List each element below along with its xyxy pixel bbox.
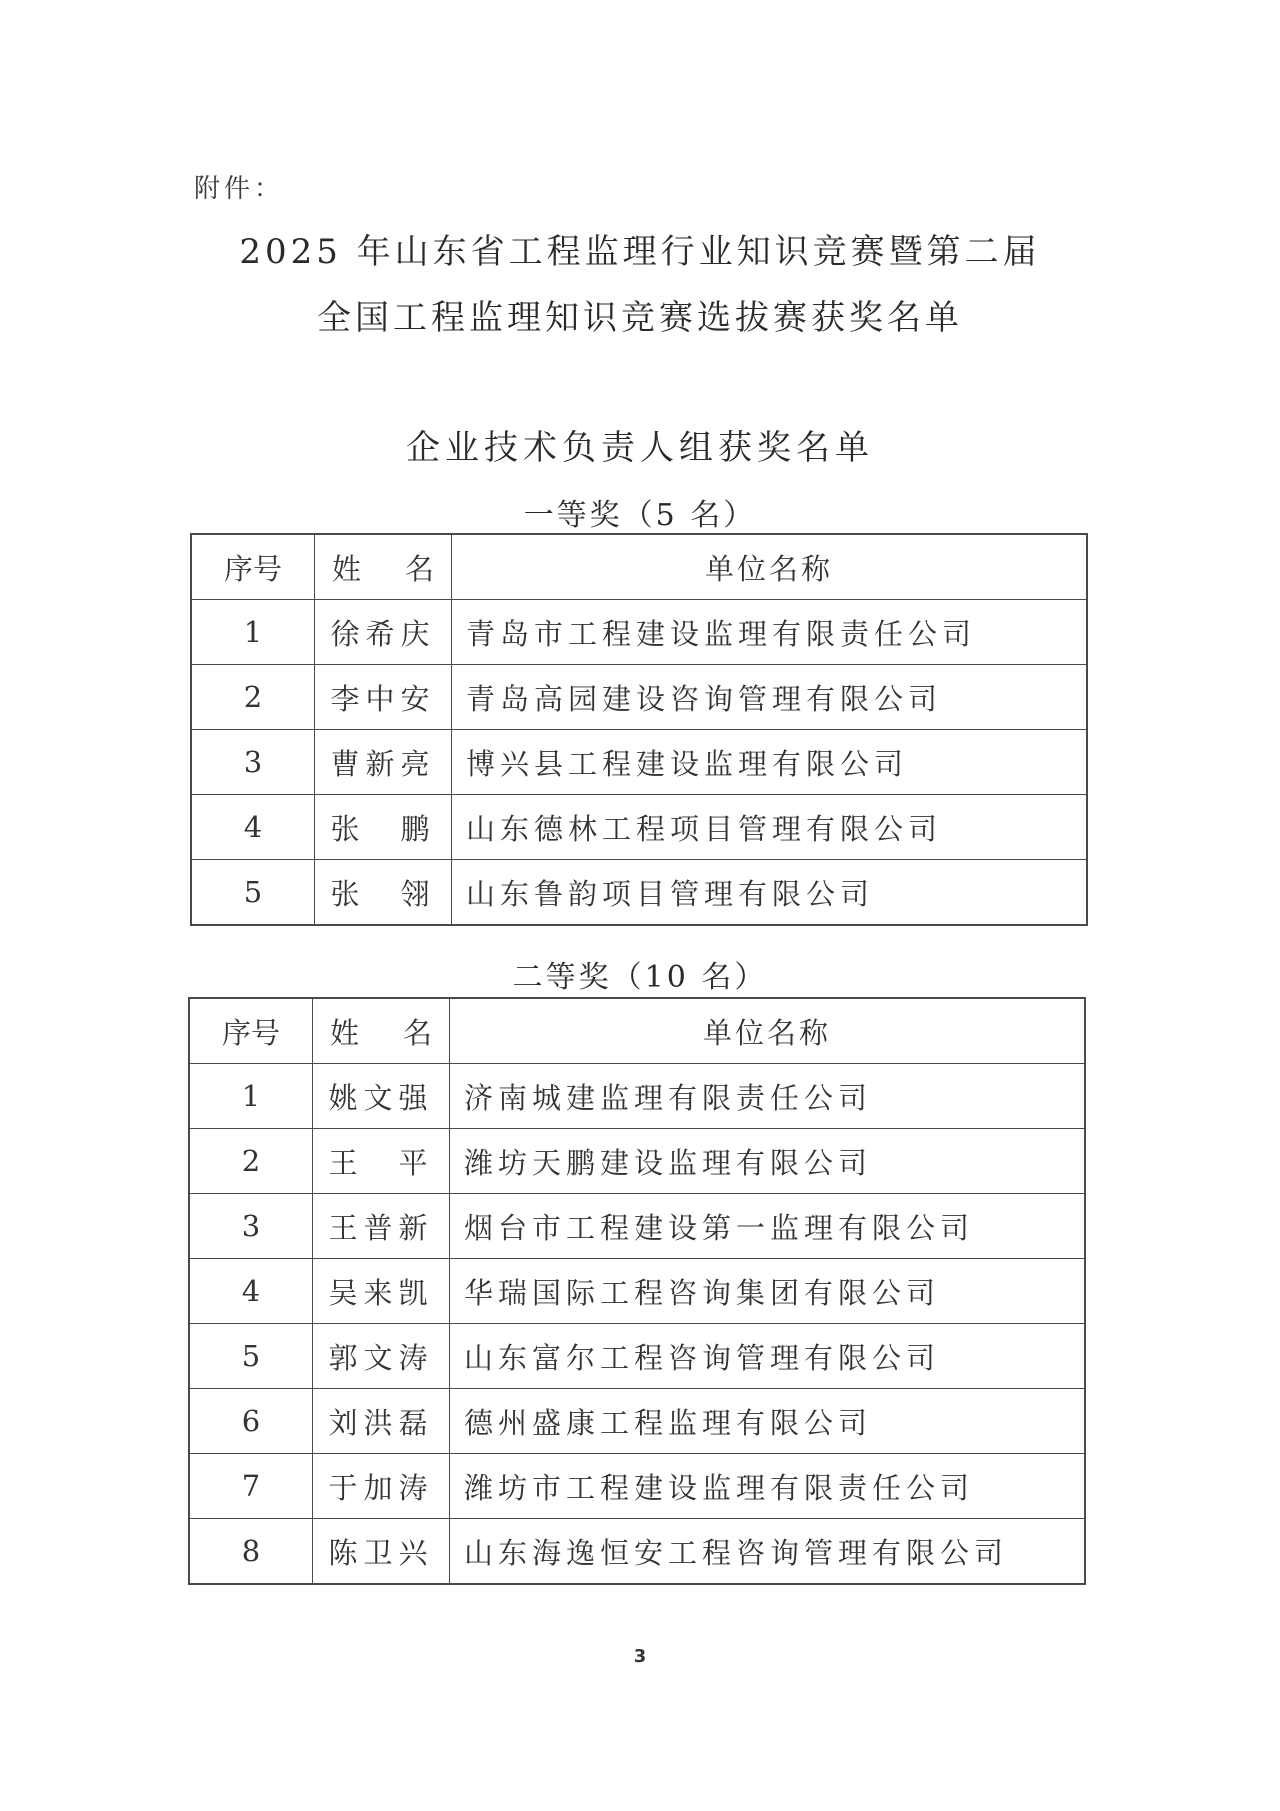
first-prize-table: 序号 姓名 单位名称 1 徐希庆 青岛市工程建设监理有限责任公司 2 李中安 青… — [190, 533, 1088, 926]
table-row: 5 张 翎 山东鲁韵项目管理有限公司 — [191, 860, 1087, 926]
column-header-unit: 单位名称 — [450, 998, 1086, 1064]
table-header-row: 序号 姓名 单位名称 — [189, 998, 1085, 1064]
row-unit: 山东鲁韵项目管理有限公司 — [452, 860, 1088, 926]
first-prize-heading: 一等奖（5 名） — [0, 490, 1280, 534]
row-no: 5 — [189, 1324, 313, 1389]
row-no: 2 — [191, 665, 315, 730]
column-header-no: 序号 — [189, 998, 313, 1064]
row-no: 1 — [189, 1064, 313, 1129]
column-header-no: 序号 — [191, 534, 315, 600]
row-unit: 山东海逸恒安工程咨询管理有限公司 — [450, 1519, 1086, 1585]
row-name: 张 鹏 — [315, 795, 452, 860]
table-row: 8 陈卫兴 山东海逸恒安工程咨询管理有限公司 — [189, 1519, 1085, 1585]
column-header-name-first: 姓 — [330, 1016, 359, 1050]
table-row: 2 李中安 青岛高园建设咨询管理有限公司 — [191, 665, 1087, 730]
row-name: 李中安 — [315, 665, 452, 730]
table-row: 2 王 平 潍坊天鹏建设监理有限公司 — [189, 1129, 1085, 1194]
column-header-name: 姓名 — [313, 998, 450, 1064]
row-name: 陈卫兴 — [313, 1519, 450, 1585]
column-header-name-first: 姓 — [332, 552, 361, 586]
row-no: 5 — [191, 860, 315, 926]
row-name: 徐希庆 — [315, 600, 452, 665]
table-row: 3 曹新亮 博兴县工程建设监理有限公司 — [191, 730, 1087, 795]
row-unit: 德州盛康工程监理有限公司 — [450, 1389, 1086, 1454]
row-no: 7 — [189, 1454, 313, 1519]
row-name: 曹新亮 — [315, 730, 452, 795]
table-row: 4 张 鹏 山东德林工程项目管理有限公司 — [191, 795, 1087, 860]
column-header-name-second: 名 — [403, 1016, 432, 1050]
column-header-name: 姓名 — [315, 534, 452, 600]
document-title-line-1: 2025 年山东省工程监理行业知识竞赛暨第二届 — [0, 224, 1280, 273]
page-number: 3 — [0, 1646, 1280, 1667]
row-unit: 烟台市工程建设第一监理有限公司 — [450, 1194, 1086, 1259]
row-name: 王普新 — [313, 1194, 450, 1259]
table-header-row: 序号 姓名 单位名称 — [191, 534, 1087, 600]
row-unit: 青岛高园建设咨询管理有限公司 — [452, 665, 1088, 730]
table-row: 1 徐希庆 青岛市工程建设监理有限责任公司 — [191, 600, 1087, 665]
row-name: 郭文涛 — [313, 1324, 450, 1389]
column-header-name-second: 名 — [405, 552, 434, 586]
row-no: 1 — [191, 600, 315, 665]
row-name: 张 翎 — [315, 860, 452, 926]
row-unit: 济南城建监理有限责任公司 — [450, 1064, 1086, 1129]
group-title: 企业技术负责人组获奖名单 — [0, 420, 1280, 469]
attachment-label: 附件： — [194, 168, 284, 205]
row-no: 3 — [191, 730, 315, 795]
row-name: 姚文强 — [313, 1064, 450, 1129]
document-title-line-2: 全国工程监理知识竞赛选拔赛获奖名单 — [0, 290, 1280, 339]
row-name: 王 平 — [313, 1129, 450, 1194]
row-no: 6 — [189, 1389, 313, 1454]
row-unit: 潍坊天鹏建设监理有限公司 — [450, 1129, 1086, 1194]
row-unit: 华瑞国际工程咨询集团有限公司 — [450, 1259, 1086, 1324]
column-header-unit: 单位名称 — [452, 534, 1088, 600]
second-prize-table: 序号 姓名 单位名称 1 姚文强 济南城建监理有限责任公司 2 王 平 潍坊天鹏… — [188, 997, 1086, 1585]
row-no: 4 — [189, 1259, 313, 1324]
row-no: 2 — [189, 1129, 313, 1194]
row-name: 刘洪磊 — [313, 1389, 450, 1454]
row-unit: 山东富尔工程咨询管理有限公司 — [450, 1324, 1086, 1389]
row-unit: 潍坊市工程建设监理有限责任公司 — [450, 1454, 1086, 1519]
row-unit: 青岛市工程建设监理有限责任公司 — [452, 600, 1088, 665]
table-row: 5 郭文涛 山东富尔工程咨询管理有限公司 — [189, 1324, 1085, 1389]
table-row: 4 吴来凯 华瑞国际工程咨询集团有限公司 — [189, 1259, 1085, 1324]
row-no: 4 — [191, 795, 315, 860]
row-unit: 博兴县工程建设监理有限公司 — [452, 730, 1088, 795]
table-row: 1 姚文强 济南城建监理有限责任公司 — [189, 1064, 1085, 1129]
second-prize-heading: 二等奖（10 名） — [0, 952, 1280, 996]
row-name: 吴来凯 — [313, 1259, 450, 1324]
table-row: 7 于加涛 潍坊市工程建设监理有限责任公司 — [189, 1454, 1085, 1519]
table-row: 6 刘洪磊 德州盛康工程监理有限公司 — [189, 1389, 1085, 1454]
row-no: 8 — [189, 1519, 313, 1585]
row-name: 于加涛 — [313, 1454, 450, 1519]
row-no: 3 — [189, 1194, 313, 1259]
row-unit: 山东德林工程项目管理有限公司 — [452, 795, 1088, 860]
table-row: 3 王普新 烟台市工程建设第一监理有限公司 — [189, 1194, 1085, 1259]
